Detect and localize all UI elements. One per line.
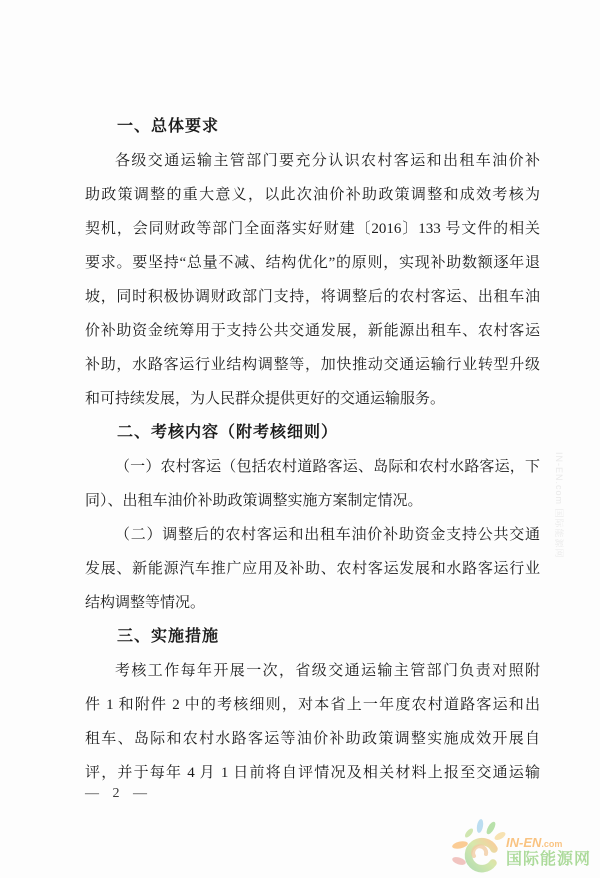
text-line: 同）、出租车油价补助政策调整实施方案制定情况。 — [85, 484, 540, 518]
text-line: 要求。要坚持“总量不减、结构优化”的原则，实现补助数额逐年退 — [85, 246, 540, 280]
text-line: 考核工作每年开展一次，省级交通运输主管部门负责对照附 — [85, 654, 540, 688]
text-line: 助政策调整的重大意义，以此次油价补助政策调整和成效考核为 — [85, 178, 540, 212]
flower-swirl-icon — [452, 814, 506, 874]
text-line: 坡，同时积极协调财政部门支持，将调整后的农村客运、出租车油 — [85, 280, 540, 314]
swirl-e-inner — [473, 846, 486, 856]
text-line: 契机，会同财政等部门全面落实好财建〔2016〕133 号文件的相关 — [85, 212, 540, 246]
text-line: 评，并于每年 4 月 1 日前将自评情况及相关材料上报至交通运输 — [85, 756, 540, 790]
text-line: （一）农村客运（包括农村道路客运、岛际和农村水路客运，下 — [85, 450, 540, 484]
page-number: — 2 — — [85, 786, 152, 802]
text-line: 补助，水路客运行业结构调整等，加快推动交通运输行业转型升级 — [85, 348, 540, 382]
petal-yellow — [493, 830, 506, 841]
text-line: 价补助资金统筹用于支持公共交通发展，新能源出租车、农村客运 — [85, 314, 540, 348]
document-body: 一、总体要求 各级交通运输主管部门要充分认识农村客运和出租车油价补 助政策调整的… — [85, 110, 540, 790]
text-line: 发展、新能源汽车推广应用及补助、农村客运发展和水路客运行业 — [85, 552, 540, 586]
text-line: 结构调整等情况。 — [85, 586, 540, 620]
petal-green — [485, 820, 497, 835]
watermark-text: IN-EN.com 国际能源网 — [506, 836, 600, 869]
petal-red — [452, 856, 467, 867]
text-line: （二）调整后的农村客运和出租车油价补助资金支持公共交通 — [85, 518, 540, 552]
site-name: IN-EN.com — [506, 836, 600, 851]
faint-edge-watermark: IN-EN.com 国际能源网 — [553, 452, 566, 559]
petal-small-green — [463, 827, 474, 839]
section-heading: 一、总体要求 — [85, 110, 540, 144]
in-en-watermark-logo: IN-EN.com 国际能源网 — [452, 808, 600, 878]
text-line: 件 1 和附件 2 中的考核细则，对本省上一年度农村道路客运和出 — [85, 688, 540, 722]
petal-blue — [476, 819, 484, 834]
text-line: 租车、岛际和农村水路客运等油价补助政策调整实施成效开展自 — [85, 722, 540, 756]
brand-name: 国际能源网 — [506, 851, 600, 869]
text-line: 和可持续发展，为人民群众提供更好的交通运输服务。 — [85, 382, 540, 416]
section-heading: 二、考核内容（附考核细则） — [85, 416, 540, 450]
text-line: 各级交通运输主管部门要充分认识农村客运和出租车油价补 — [85, 144, 540, 178]
scanned-document-page: 一、总体要求 各级交通运输主管部门要充分认识农村客运和出租车油价补 助政策调整的… — [0, 0, 600, 878]
section-heading: 三、实施措施 — [85, 620, 540, 654]
site-tld: .com — [541, 839, 562, 849]
